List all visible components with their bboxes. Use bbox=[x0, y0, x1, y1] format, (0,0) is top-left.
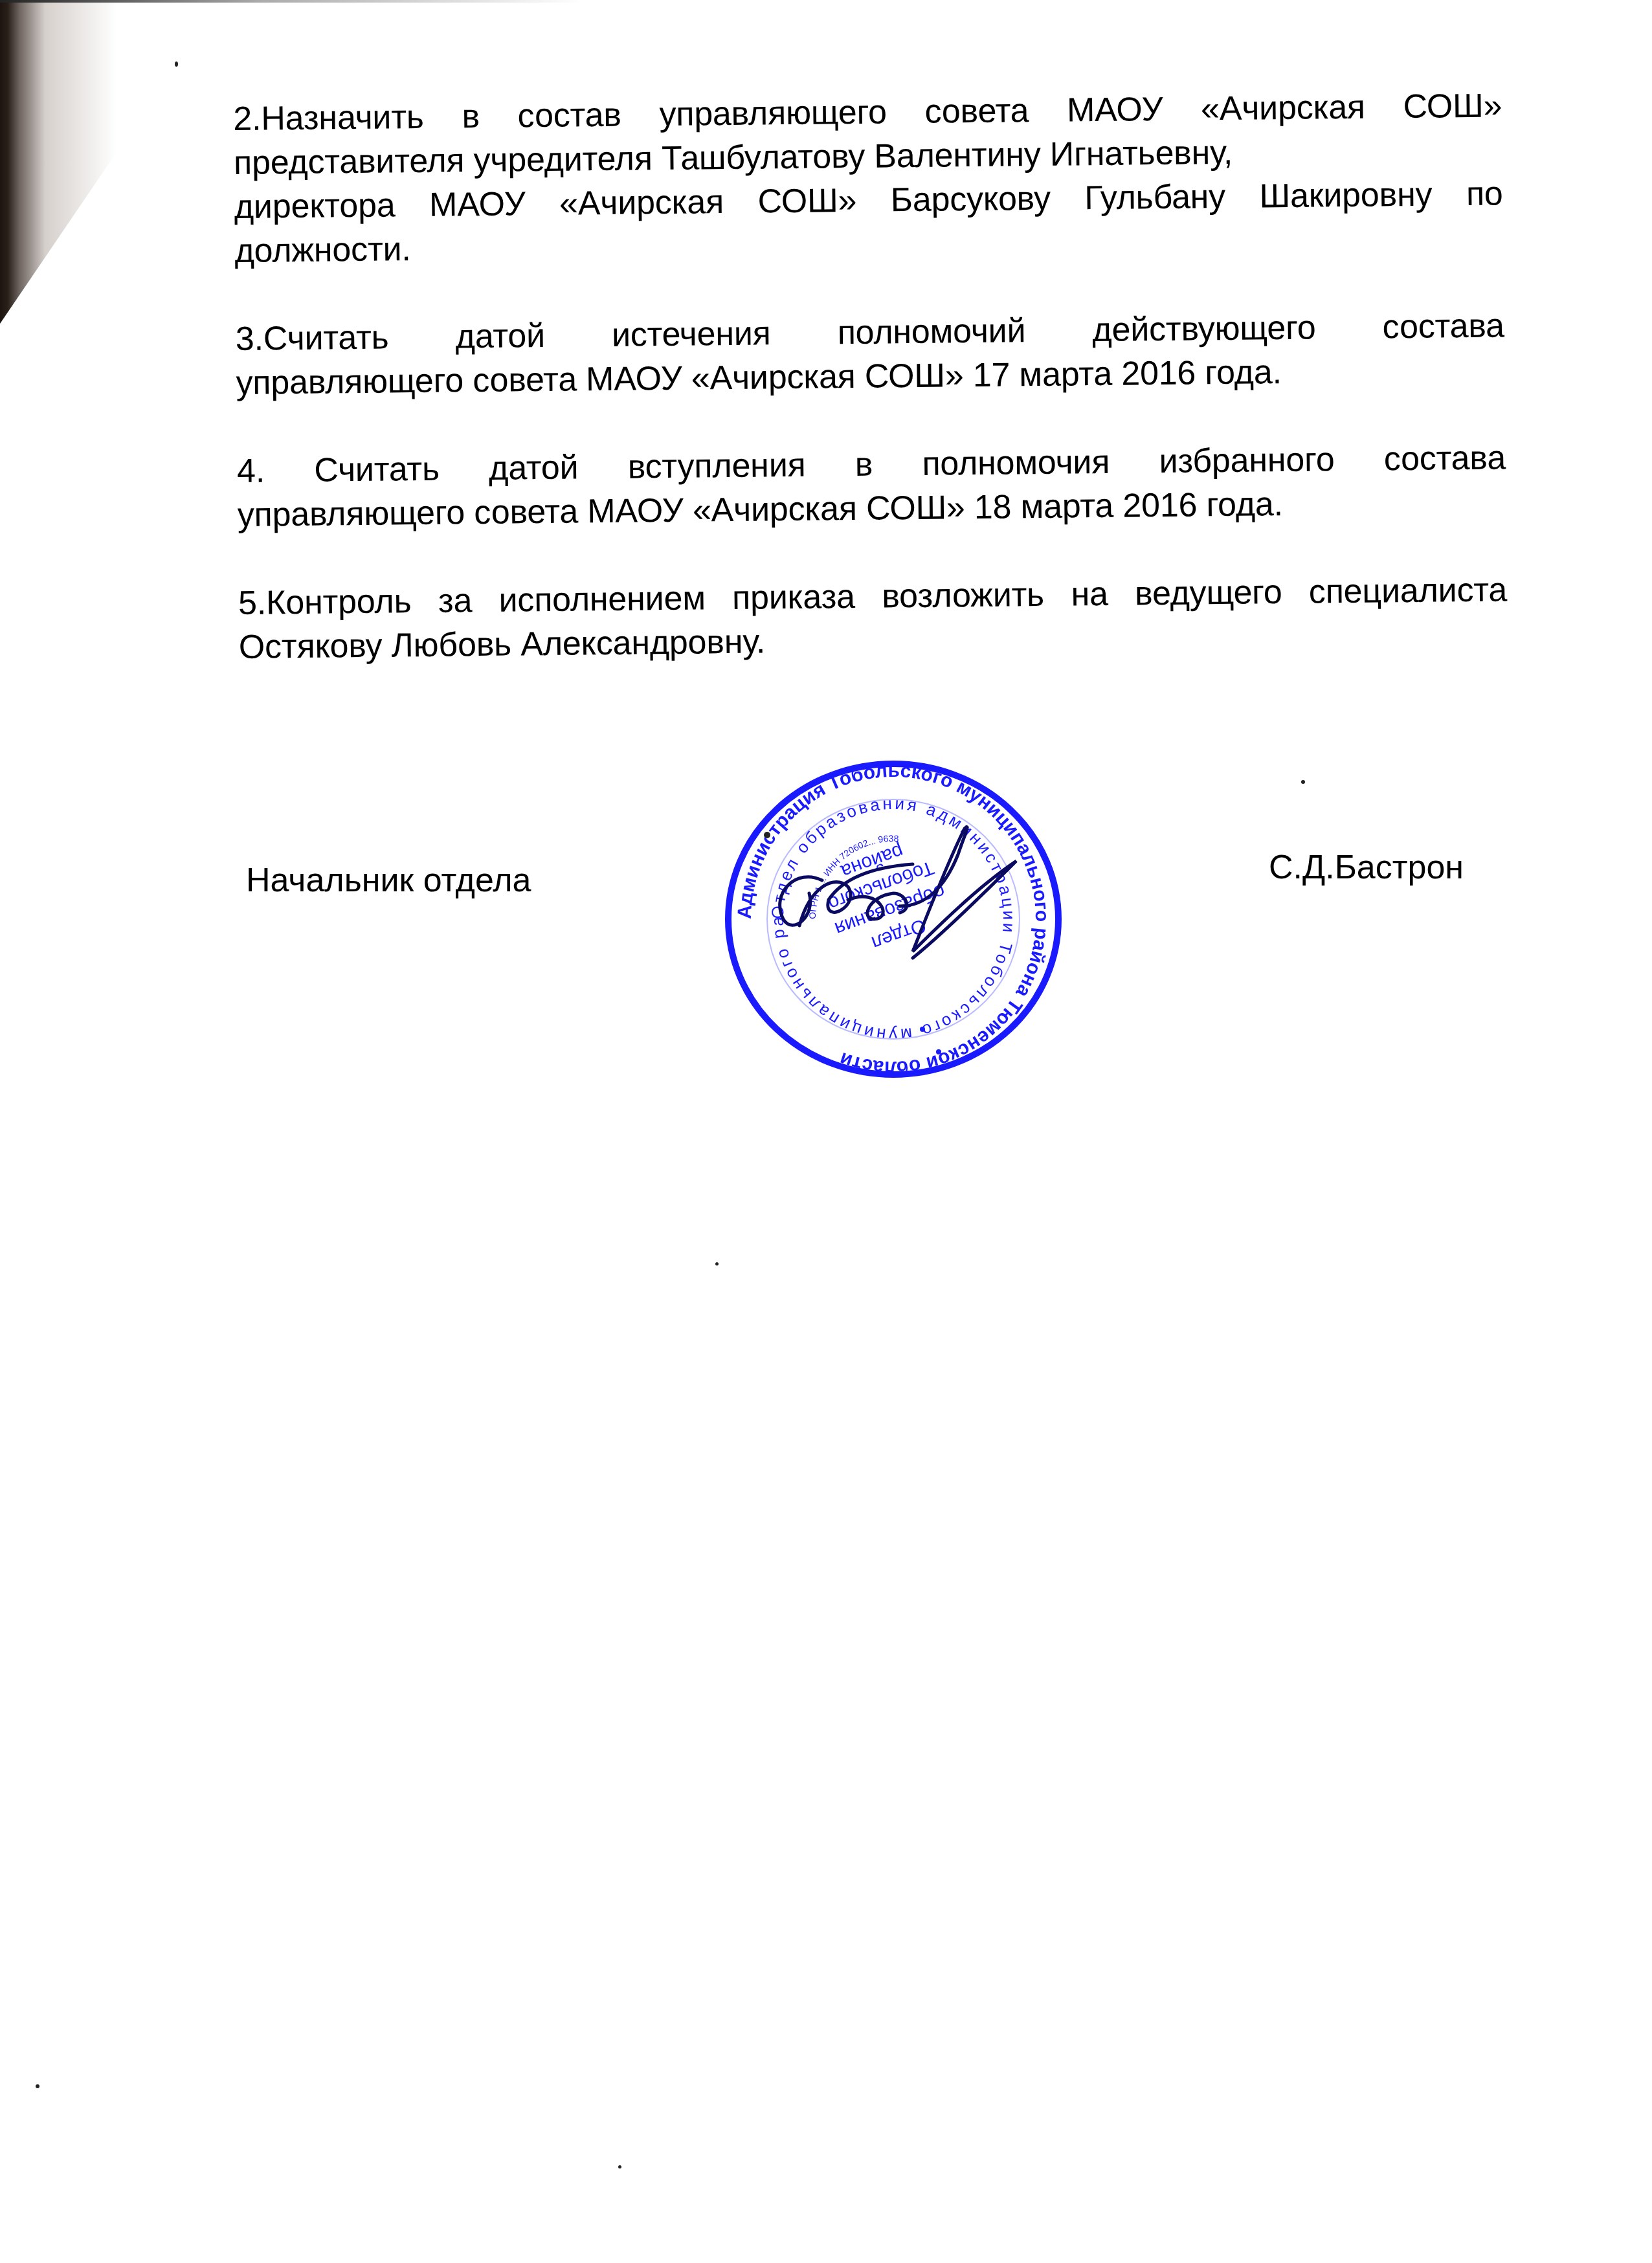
signatory-title: Начальник отдела bbox=[246, 861, 531, 900]
paragraph-2: 2.Назначить в состав управляющего совета… bbox=[233, 84, 1504, 273]
scan-top-edge bbox=[0, 0, 1652, 3]
paragraph-4: 4. Считать датой вступления в полномочия… bbox=[237, 436, 1506, 537]
paragraph-3: 3.Считать датой истечения полномочий дей… bbox=[236, 304, 1505, 405]
scan-shadow-artifact bbox=[0, 0, 220, 337]
document-body: 2.Назначить в состав управляющего совета… bbox=[233, 84, 1508, 713]
scan-speck bbox=[618, 2165, 621, 2168]
scan-speck bbox=[36, 2084, 39, 2088]
scan-speck bbox=[175, 61, 178, 67]
scan-speck bbox=[1301, 780, 1305, 784]
paragraph-5: 5.Контроль за исполнением приказа возлож… bbox=[238, 568, 1508, 669]
signature-block: Начальник отдела С.Д.Бастрон bbox=[246, 848, 1476, 926]
signatory-name: С.Д.Бастрон bbox=[1269, 848, 1464, 887]
scan-speck bbox=[715, 1262, 719, 1265]
